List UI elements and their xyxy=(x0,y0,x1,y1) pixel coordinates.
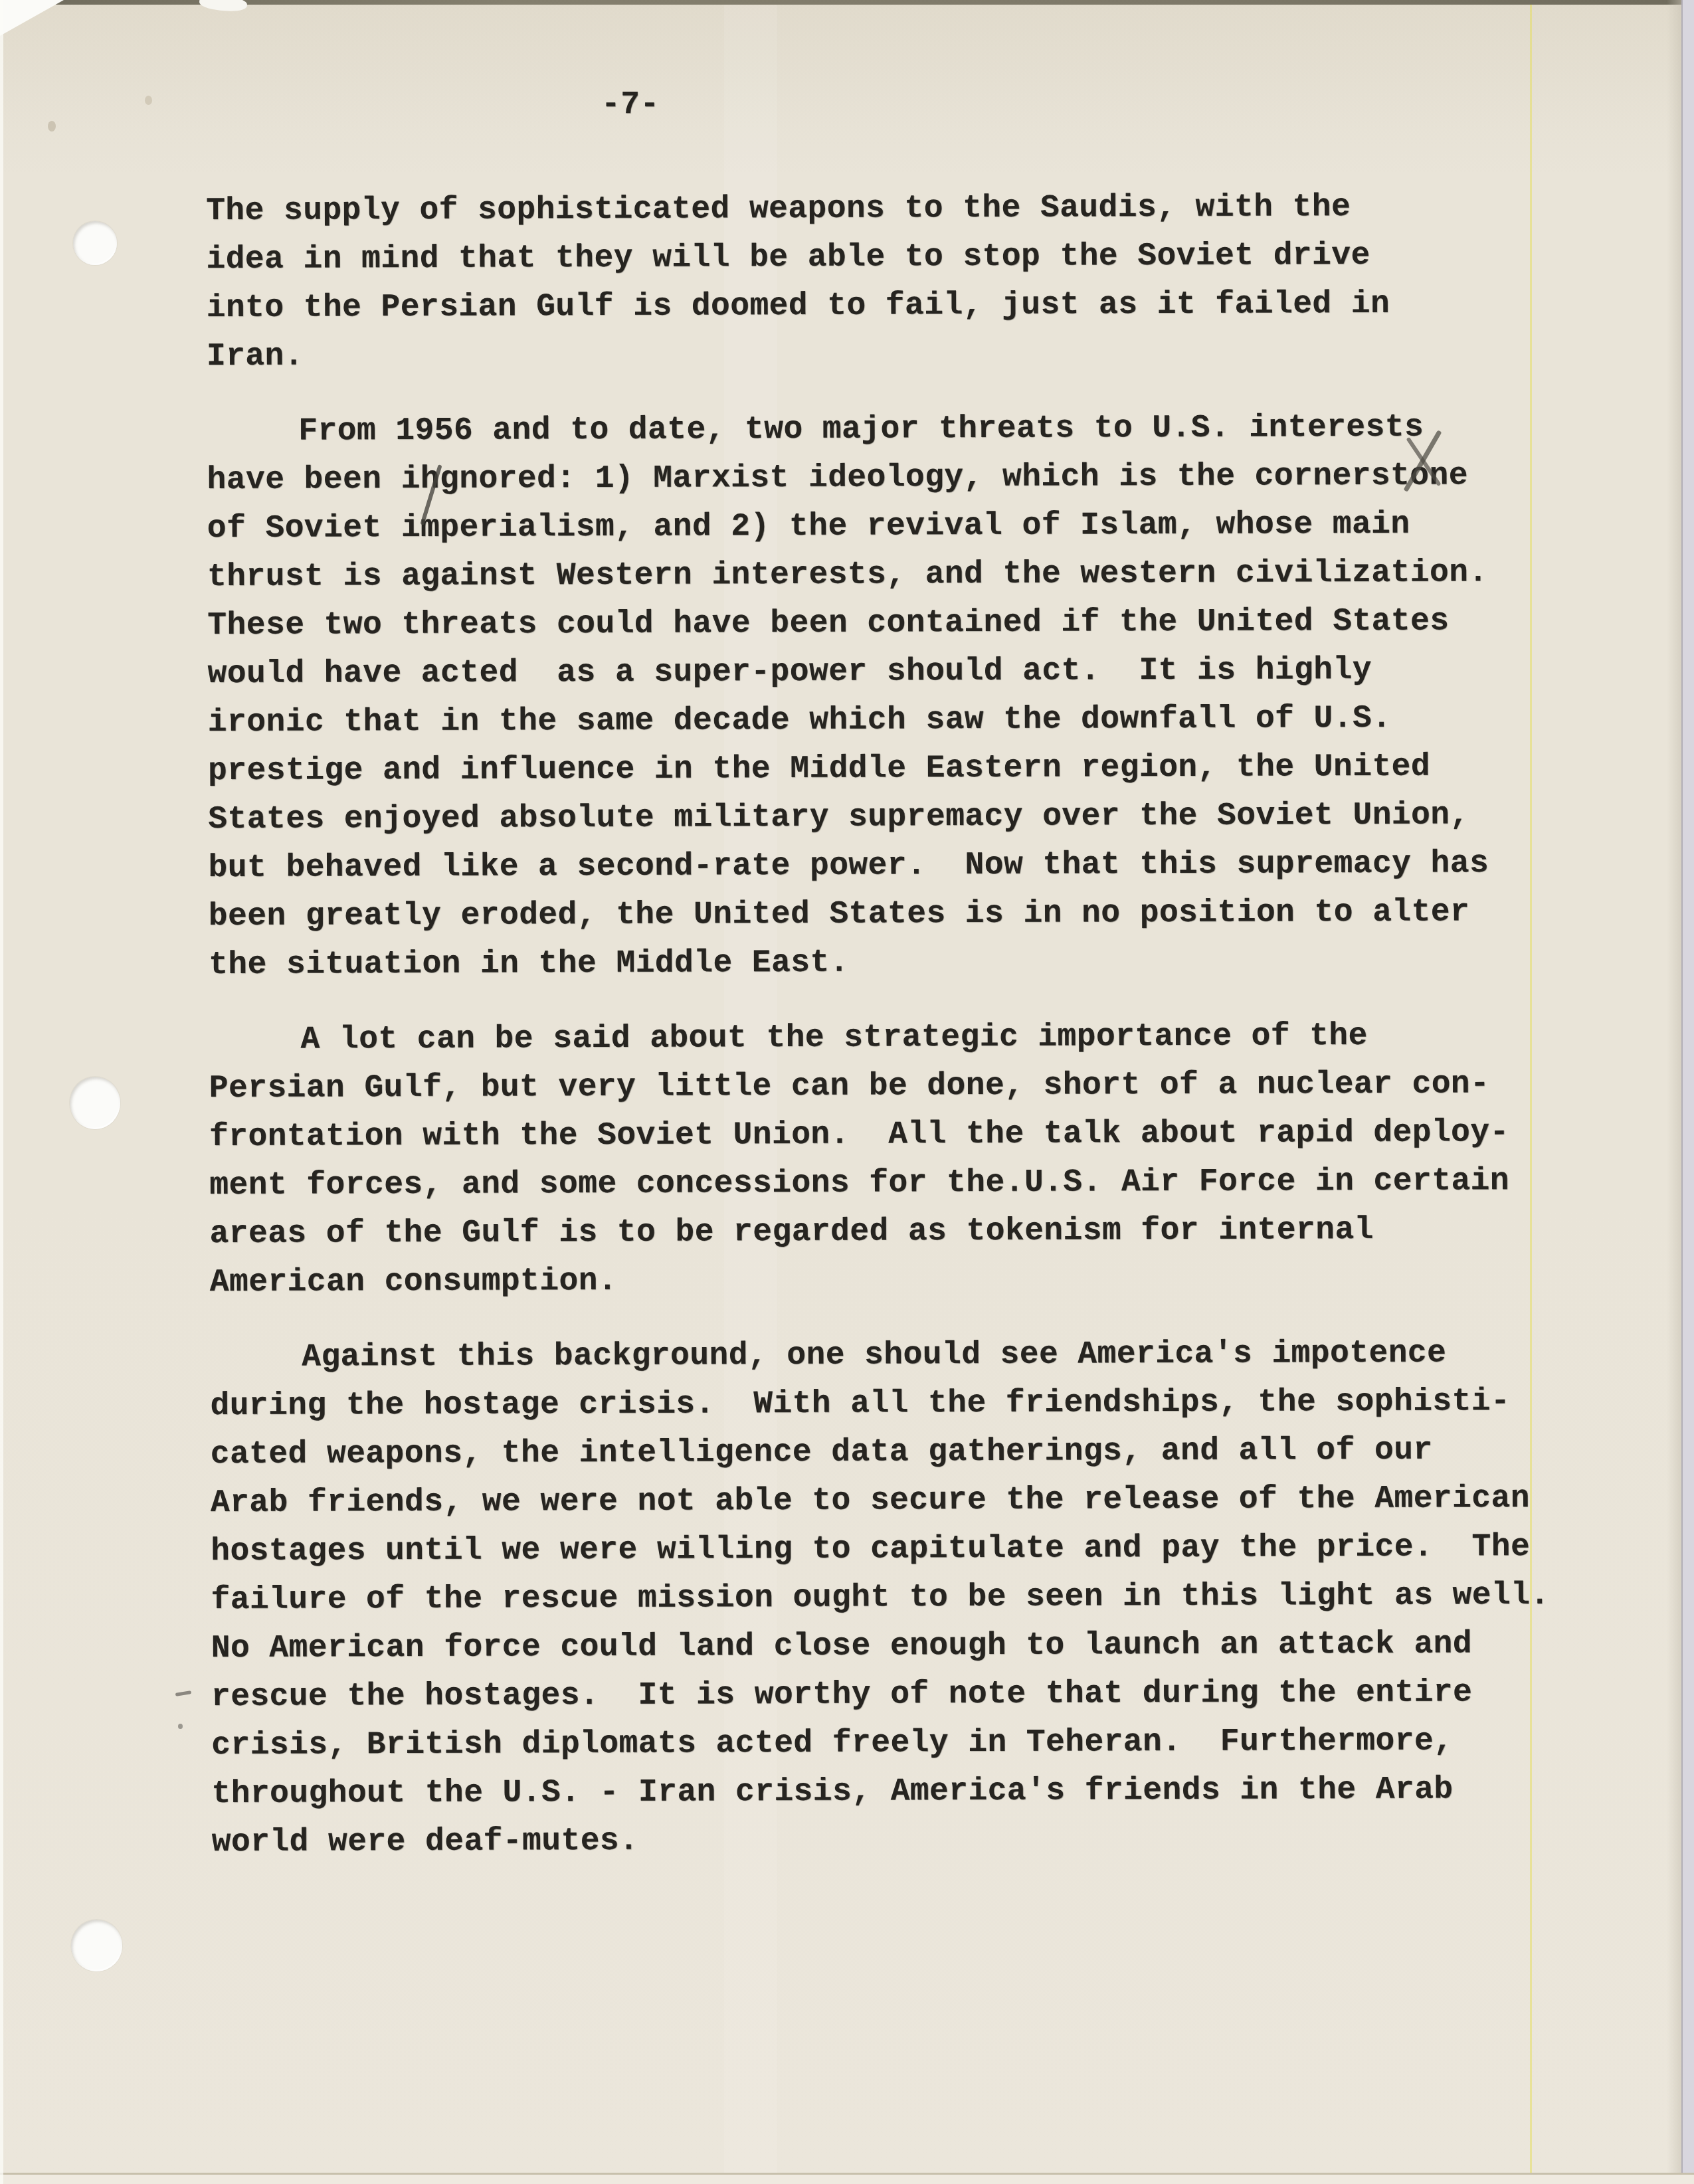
text-line: been greatly eroded, the United States i… xyxy=(209,888,1577,941)
text-line: States enjoyed absolute military suprema… xyxy=(208,791,1576,844)
text-line: have been ihgnored: 1) Marxist ideology,… xyxy=(207,452,1575,505)
right-scan-edge xyxy=(1681,0,1694,2184)
text-line: American consumption. xyxy=(210,1254,1578,1307)
punch-hole-top xyxy=(73,221,117,265)
text-line: These two threats could have been contai… xyxy=(207,597,1576,650)
text-line: Against this background, one should see … xyxy=(210,1329,1578,1382)
text-line: crisis, British diplomats acted freely i… xyxy=(211,1717,1580,1770)
text-line: prestige and influence in the Middle Eas… xyxy=(208,743,1576,796)
text-line: From 1956 and to date, two major threats… xyxy=(207,403,1575,456)
text-line: world were deaf-mutes. xyxy=(212,1814,1580,1867)
text-line: rescue the hostages. It is worthy of not… xyxy=(211,1669,1580,1722)
punch-hole-bottom xyxy=(71,1920,122,1971)
text-line: idea in mind that they will be able to s… xyxy=(206,231,1574,284)
text-line: Persian Gulf, but very little can be don… xyxy=(209,1060,1578,1113)
text-line: into the Persian Gulf is doomed to fail,… xyxy=(207,280,1575,333)
paragraph: The supply of sophisticated weapons to t… xyxy=(206,183,1575,381)
text-line: No American force could land close enoug… xyxy=(211,1620,1580,1673)
text-line: cated weapons, the intelligence data gat… xyxy=(211,1426,1579,1479)
text-line: the situation in the Middle East. xyxy=(209,937,1577,990)
text-line: of Soviet imperialism, and 2) the reviva… xyxy=(207,500,1576,553)
punch-hole-middle xyxy=(70,1077,120,1129)
text-line: but behaved like a second-rate power. No… xyxy=(208,840,1576,893)
text-layer: The supply of sophisticated weapons to t… xyxy=(206,183,1580,1867)
text-line: areas of the Gulf is to be regarded as t… xyxy=(209,1206,1578,1259)
text-line: failure of the rescue mission ought to b… xyxy=(211,1572,1579,1625)
margin-stray-dash xyxy=(175,1690,191,1696)
text-line: A lot can be said about the strategic im… xyxy=(209,1012,1577,1065)
text-line: thrust is against Western interests, and… xyxy=(207,549,1576,602)
text-line: The supply of sophisticated weapons to t… xyxy=(206,183,1574,236)
text-line: frontation with the Soviet Union. All th… xyxy=(209,1109,1578,1162)
paper-speck xyxy=(145,96,152,105)
text-line: Arab friends, we were not able to secure… xyxy=(211,1475,1579,1528)
paragraph: A lot can be said about the strategic im… xyxy=(209,1012,1578,1307)
text-line: Iran. xyxy=(207,328,1575,381)
text-line: would have acted as a super-power should… xyxy=(207,646,1576,699)
margin-stray-dot xyxy=(178,1724,183,1729)
top-scan-edge xyxy=(0,0,1694,5)
text-line: hostages until we were willing to capitu… xyxy=(211,1523,1579,1576)
top-shading xyxy=(0,5,1694,177)
bottom-scan-edge xyxy=(0,2173,1694,2184)
text-line: ironic that in the same decade which saw… xyxy=(208,694,1576,747)
text-line: during the hostage crisis. With all the … xyxy=(210,1378,1578,1431)
paragraph: From 1956 and to date, two major threats… xyxy=(207,403,1577,990)
left-paper-edge xyxy=(0,0,3,2184)
right-edge-shading xyxy=(1667,0,1681,2184)
page-number: -7- xyxy=(601,85,660,125)
paper-speck xyxy=(48,121,56,132)
paragraph: Against this background, one should see … xyxy=(210,1329,1580,1867)
text-line: ment forces, and some concessions for th… xyxy=(209,1157,1578,1210)
text-line: throughout the U.S. - Iran crisis, Ameri… xyxy=(211,1766,1580,1819)
scanned-typewritten-page: -7- The supply of sophisticated weapons … xyxy=(0,0,1694,2184)
